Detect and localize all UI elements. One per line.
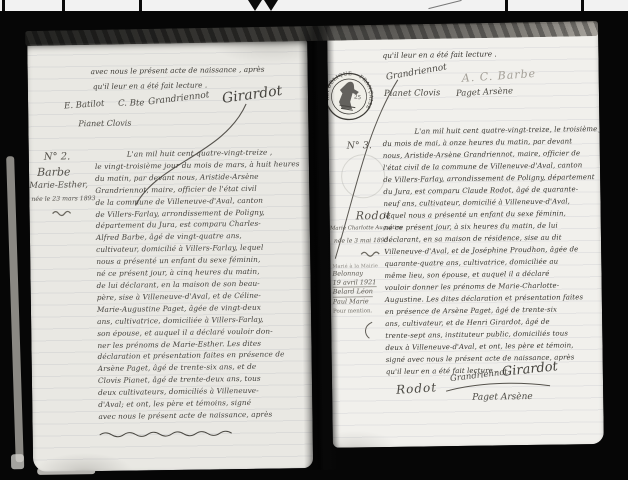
margin-birth-date: née le 3 mai 1893 — [334, 237, 388, 245]
margin-act-number: N° 3. — [347, 140, 372, 151]
act1-closing-line: avec nous le présent acte de naissance ,… — [91, 65, 265, 76]
register-page-left: avec nous le présent acte de naissance ,… — [27, 40, 313, 472]
signature-barbe: A. C. Barbe — [461, 67, 536, 85]
margin-surname: Barbe — [37, 165, 71, 178]
register-spread: avec nous le présent acte de naissance ,… — [0, 0, 628, 480]
signature-paraph — [444, 380, 554, 396]
margin-given-names: Marie-Esther, — [29, 180, 88, 191]
underlying-page-edge — [6, 156, 24, 462]
act2-text: L'an mil huit cent quatre-vingt-treize ,… — [95, 146, 307, 423]
underlying-page-edge — [11, 454, 24, 469]
register-page-right: 67 qu'il leur en a été fait lecture . Gr… — [327, 23, 604, 448]
signature-paget-arsene: Paget Arsène — [456, 86, 514, 99]
act2-closing-line: qu'il leur en a été fait lecture . — [382, 49, 496, 60]
mention-spouse-surname: Belard Léon — [333, 287, 373, 297]
mention-paraph — [361, 320, 375, 340]
signature-rodot: Rodot — [396, 380, 438, 397]
manuscript-line: avec nous le présent acte de naissance, … — [98, 408, 306, 423]
margin-flourish — [360, 250, 382, 256]
margin-act-number: N° 2. — [44, 151, 71, 162]
act-separator-squiggle — [99, 429, 239, 438]
margin-birth-date: née le 23 mars 1893 — [31, 195, 95, 203]
act3-text: L'an mil huit cent quatre-vingt-treize, … — [382, 123, 597, 378]
act1-closing-line: qu'il leur en a été fait lecture . — [93, 80, 207, 91]
signature-batilot: E. Batilot — [64, 99, 105, 112]
signature-pianet-clovis: Pianet Clovis — [78, 119, 131, 129]
margin-flourish — [52, 209, 74, 215]
photograph-background: avec nous le présent acte de naissance ,… — [0, 0, 628, 480]
